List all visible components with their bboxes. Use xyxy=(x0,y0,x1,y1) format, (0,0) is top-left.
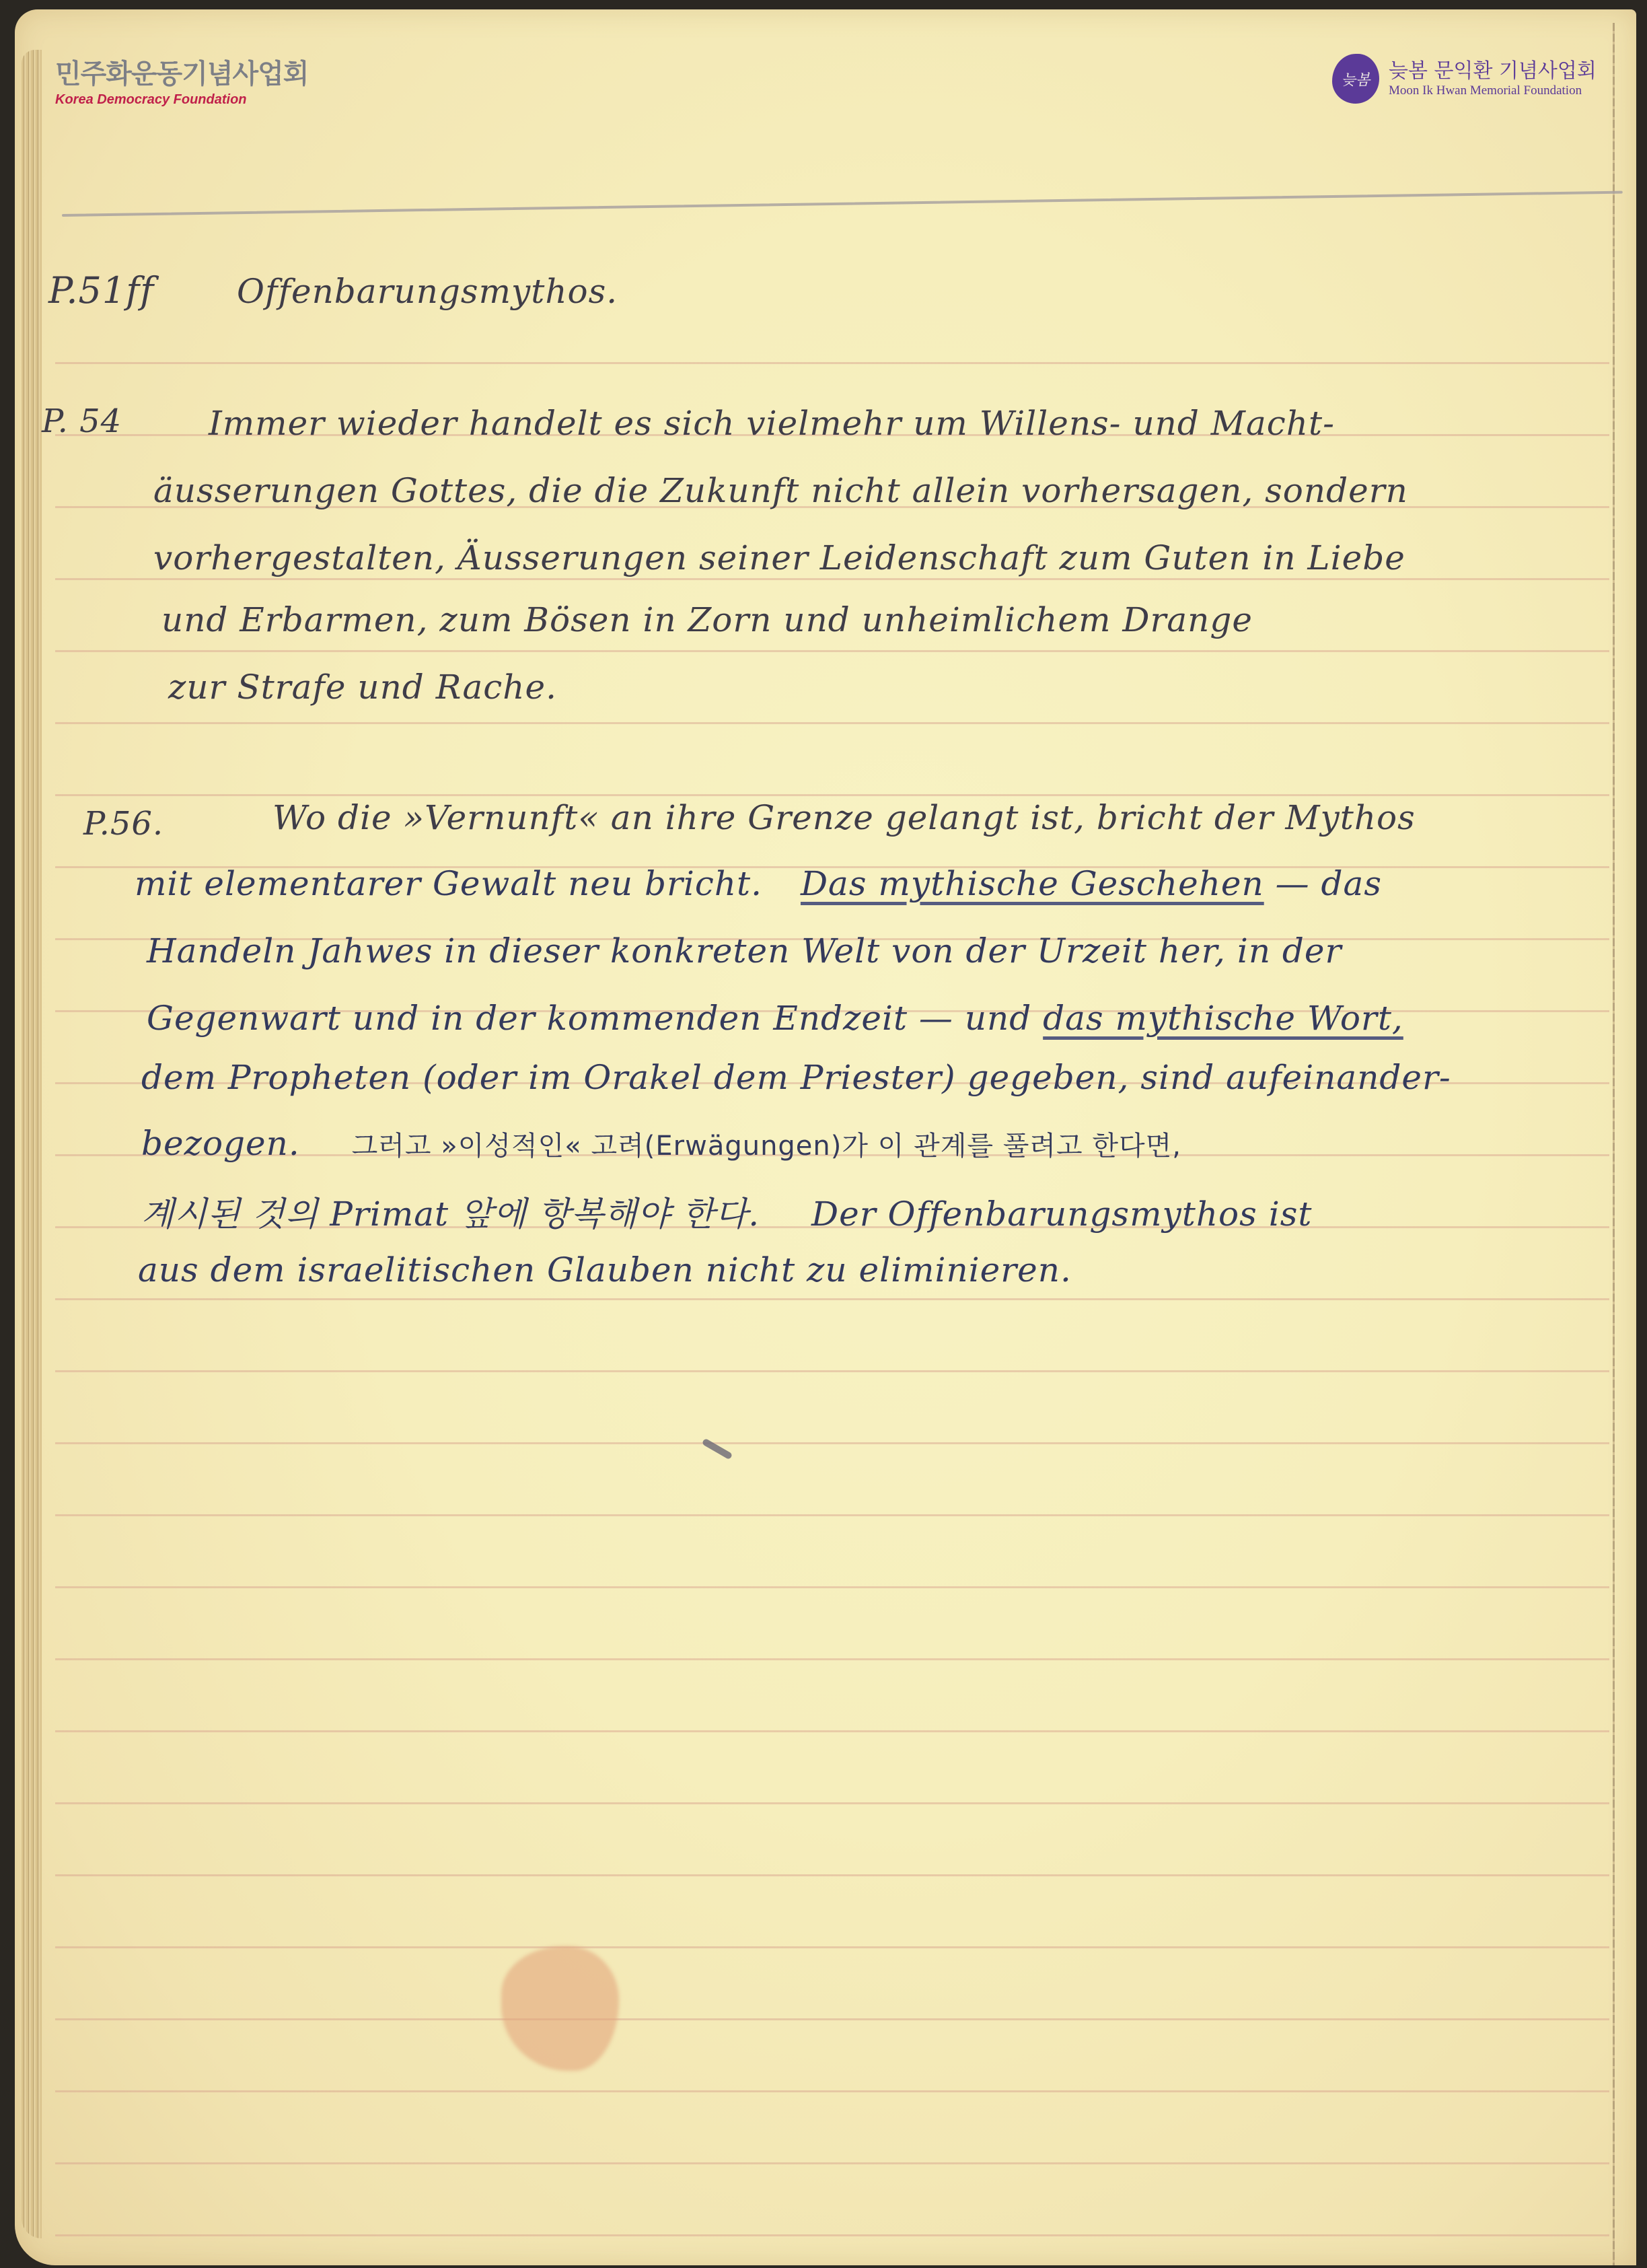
text-segment: mit elementarer Gewalt neu bricht. xyxy=(135,864,762,903)
section-ref-p54: P. 54 xyxy=(42,402,122,440)
heading-page-ref: P.51ff xyxy=(48,269,154,312)
logo-korean-text: 민주화운동기념사업회 xyxy=(55,52,308,91)
text-line: und Erbarmen, zum Bösen in Zorn und unhe… xyxy=(161,600,1253,639)
text-segment: Gegenwart und in der kommenden Endzeit —… xyxy=(147,999,1031,1038)
text-line: mit elementarer Gewalt neu bricht. Das m… xyxy=(135,864,1382,903)
text-line: Gegenwart und in der kommenden Endzeit —… xyxy=(147,999,1403,1038)
text-line: äusserungen Gottes, die die Zukunft nich… xyxy=(153,471,1408,510)
korean-note: 그러고 »이성적인« 고려(Erwägungen)가 이 관계를 풀려고 한다면… xyxy=(352,1131,1181,1162)
text-line: Immer wieder handelt es sich vielmehr um… xyxy=(209,404,1335,443)
text-segment: — das xyxy=(1276,864,1382,903)
logo-english-text: Korea Democracy Foundation xyxy=(55,92,308,108)
page-stack-edges xyxy=(22,50,42,2238)
text-segment: 계시된 것의 Primat 앞에 항복해야 한다. xyxy=(141,1195,760,1234)
logo-english-text: Moon Ik Hwan Memorial Foundation xyxy=(1389,83,1597,98)
text-segment: bezogen. xyxy=(141,1124,300,1163)
underlined-phrase: das mythische Wort, xyxy=(1043,999,1403,1038)
neutbom-mark-icon: 늦봄 xyxy=(1332,54,1379,104)
text-segment: Der Offenbarungsmythos ist xyxy=(811,1195,1312,1234)
logo-korean-text: 늦봄 문익환 기념사업회 xyxy=(1389,60,1597,82)
text-line: Handeln Jahwes in dieser konkreten Welt … xyxy=(147,931,1342,970)
text-line: bezogen. 그러고 »이성적인« 고려(Erwägungen)가 이 관계… xyxy=(141,1124,1181,1163)
text-line: 계시된 것의 Primat 앞에 항복해야 한다. Der Offenbarun… xyxy=(141,1187,1312,1236)
binding-stitch xyxy=(1613,23,1615,2265)
text-line: zur Strafe und Rache. xyxy=(168,668,557,707)
underlined-phrase: Das mythische Geschehen xyxy=(801,864,1264,903)
text-line: vorhergestalten, Äusserungen seiner Leid… xyxy=(153,538,1405,577)
heading-title: Offenbarungsmythos. xyxy=(237,272,618,311)
section-ref-p56: P.56. xyxy=(83,805,163,843)
text-line: Wo die »Vernunft« an ihre Grenze gelangt… xyxy=(272,798,1416,837)
text-line: dem Propheten (oder im Orakel dem Priest… xyxy=(141,1058,1451,1097)
korea-democracy-foundation-logo: 민주화운동기념사업회 Korea Democracy Foundation xyxy=(55,52,308,108)
moon-ik-hwan-foundation-logo: 늦봄 늦봄 문익환 기념사업회 Moon Ik Hwan Memorial Fo… xyxy=(1332,54,1597,104)
text-line: aus dem israelitischen Glauben nicht zu … xyxy=(138,1250,1072,1289)
